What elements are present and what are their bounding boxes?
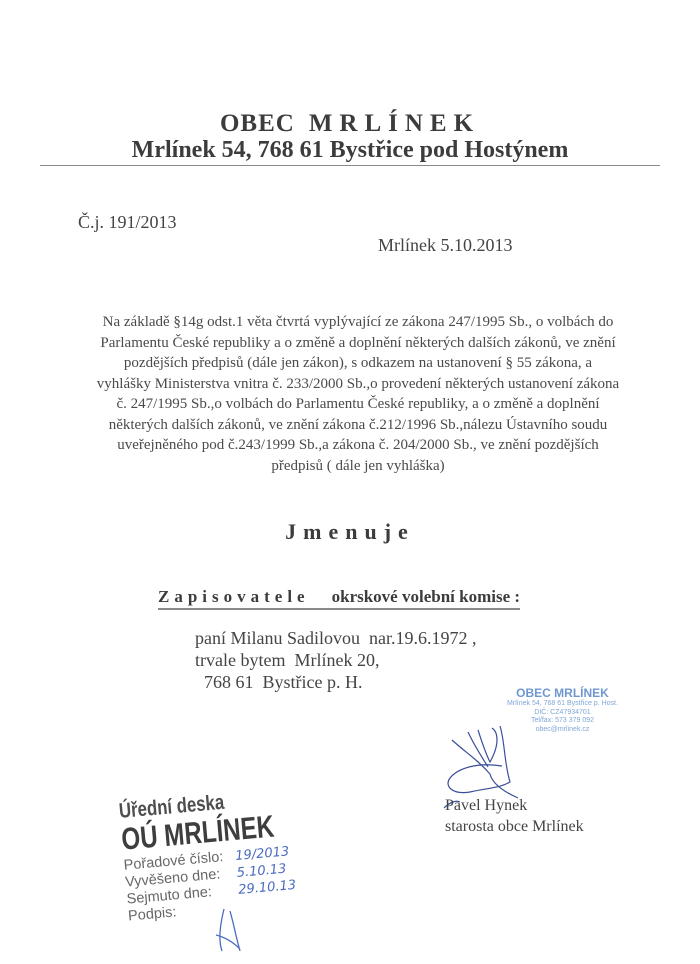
clerk-signature [210,905,250,955]
title-prefix: OBEC [220,110,295,137]
municipality-address: Mrlínek 54, 768 61 Bystřice pod Hostýnem [0,137,700,164]
signer-position: starosta obce Mrlínek [445,816,584,837]
paragraph-line: předpisů ( dále jen vyhláška) [88,456,628,477]
stamp-address: Mrlínek 54, 768 61 Bystřice p. Host. [500,700,625,709]
municipality-title: OBECMRLÍNEK [0,110,700,138]
title-name: MRLÍNEK [309,110,480,137]
appointee-details: paní Milanu Sadilovou nar.19.6.1972 ,trv… [195,627,476,693]
legal-basis-paragraph: Na základě §14g odst.1 věta čtvrtá vyplý… [88,312,628,476]
paragraph-line: vyhlášky Ministerstva vnitra č. 233/2000… [88,374,628,395]
signer-block: Pavel Hynek starosta obce Mrlínek [445,795,584,837]
notice-board-stamp: Úřední deska OÚ MRLÍNEK Pořadové číslo:1… [118,783,324,925]
committee-name: okrskové volební komise : [332,587,520,606]
appointee-address-line: trvale bytem Mrlínek 20, [195,649,476,671]
appoints-heading: Jmenuje [0,519,700,545]
paragraph-line: Na základě §14g odst.1 věta čtvrtá vyplý… [88,312,628,333]
paragraph-line: některých dalších zákonů, ve znění zákon… [88,415,628,436]
header-divider [40,165,660,166]
stamp-dic: DIČ: CZ47934701 [500,709,625,718]
paragraph-line: uveřejněného pod č.243/1999 Sb.,a zákona… [88,435,628,456]
role-name: Zapisovatele [158,587,310,606]
appointee-name-line: paní Milanu Sadilovou nar.19.6.1972 , [195,627,476,649]
appointee-city-line: 768 61 Bystřice p. H. [195,671,476,693]
paragraph-line: č. 247/1995 Sb.,o volbách do Parlamentu … [88,394,628,415]
reference-number: Č.j. 191/2013 [78,212,177,233]
signer-name: Pavel Hynek [445,795,584,816]
place-date: Mrlínek 5.10.2013 [378,235,513,256]
paragraph-line: Parlamentu České republiky a o změně a d… [88,333,628,354]
role-heading: Zapisovateleokrskové volební komise : [158,587,520,610]
paragraph-line: pozdějších předpisů (dále jen zákon), s … [88,353,628,374]
stamp-title: OBEC MRLÍNEK [500,686,625,700]
